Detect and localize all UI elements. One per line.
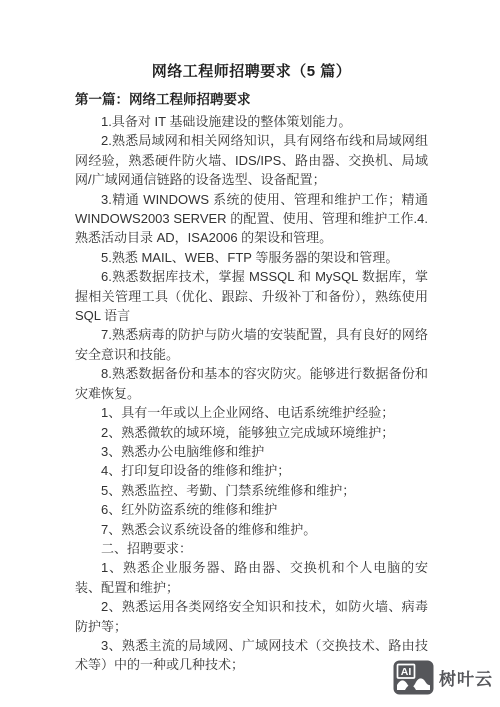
body-paragraph: 3、熟悉办公电脑维修和维护 — [75, 442, 428, 461]
ai-image-icon: AI — [393, 660, 434, 695]
body-paragraph: 5、熟悉监控、考勤、门禁系统维修和维护； — [75, 481, 428, 500]
section-heading: 第一篇：网络工程师招聘要求 — [75, 90, 428, 110]
document-body: 1.具备对 IT 基础设施建设的整体策划能力。2.熟悉局域网和相关网络知识，具有… — [75, 112, 428, 675]
document-page: 网络工程师招聘要求（5 篇） 第一篇：网络工程师招聘要求 1.具备对 IT 基础… — [0, 0, 500, 707]
body-paragraph: 4、打印复印设备的维修和维护； — [75, 461, 428, 480]
document-title: 网络工程师招聘要求（5 篇） — [75, 62, 428, 82]
body-paragraph: 3.精通 WINDOWS 系统的使用、管理和维护工作；精通 WINDOWS200… — [75, 190, 428, 248]
body-paragraph: 3、熟悉主流的局域网、广域网技术（交换技术、路由技术等）中的一种或几种技术； — [75, 636, 428, 675]
body-paragraph: 6、红外防盗系统的维修和维护 — [75, 500, 428, 519]
brand-watermark: AI 树叶云 — [393, 660, 493, 695]
brand-name: 树叶云 — [439, 665, 493, 690]
body-paragraph: 1、具有一年或以上企业网络、电话系统维护经验； — [75, 403, 428, 422]
body-paragraph: 1、熟悉企业服务器、路由器、交换机和个人电脑的安装、配置和维护； — [75, 558, 428, 597]
body-paragraph: 2、熟悉微软的域环境，能够独立完成域环境维护； — [75, 423, 428, 442]
body-paragraph: 2、熟悉运用各类网络安全知识和技术，如防火墙、病毒防护等； — [75, 597, 428, 636]
body-paragraph: 8.熟悉数据备份和基本的容灾防灾。能够进行数据备份和灾难恢复。 — [75, 364, 428, 403]
body-paragraph: 2.熟悉局域网和相关网络知识，具有网络布线和局域网组网经验，熟悉硬件防火墙、ID… — [75, 131, 428, 189]
body-paragraph: 1.具备对 IT 基础设施建设的整体策划能力。 — [75, 112, 428, 131]
body-paragraph: 5.熟悉 MAIL、WEB、FTP 等服务器的架设和管理。 — [75, 248, 428, 267]
body-paragraph: 7、熟悉会议系统设备的维修和维护。 — [75, 520, 428, 539]
ai-icon-label: AI — [401, 666, 412, 678]
body-paragraph: 二、招聘要求： — [75, 539, 428, 558]
body-paragraph: 7.熟悉病毒的防护与防火墙的安装配置，具有良好的网络安全意识和技能。 — [75, 325, 428, 364]
body-paragraph: 6.熟悉数据库技术，掌握 MSSQL 和 MySQL 数据库，掌握相关管理工具（… — [75, 267, 428, 325]
